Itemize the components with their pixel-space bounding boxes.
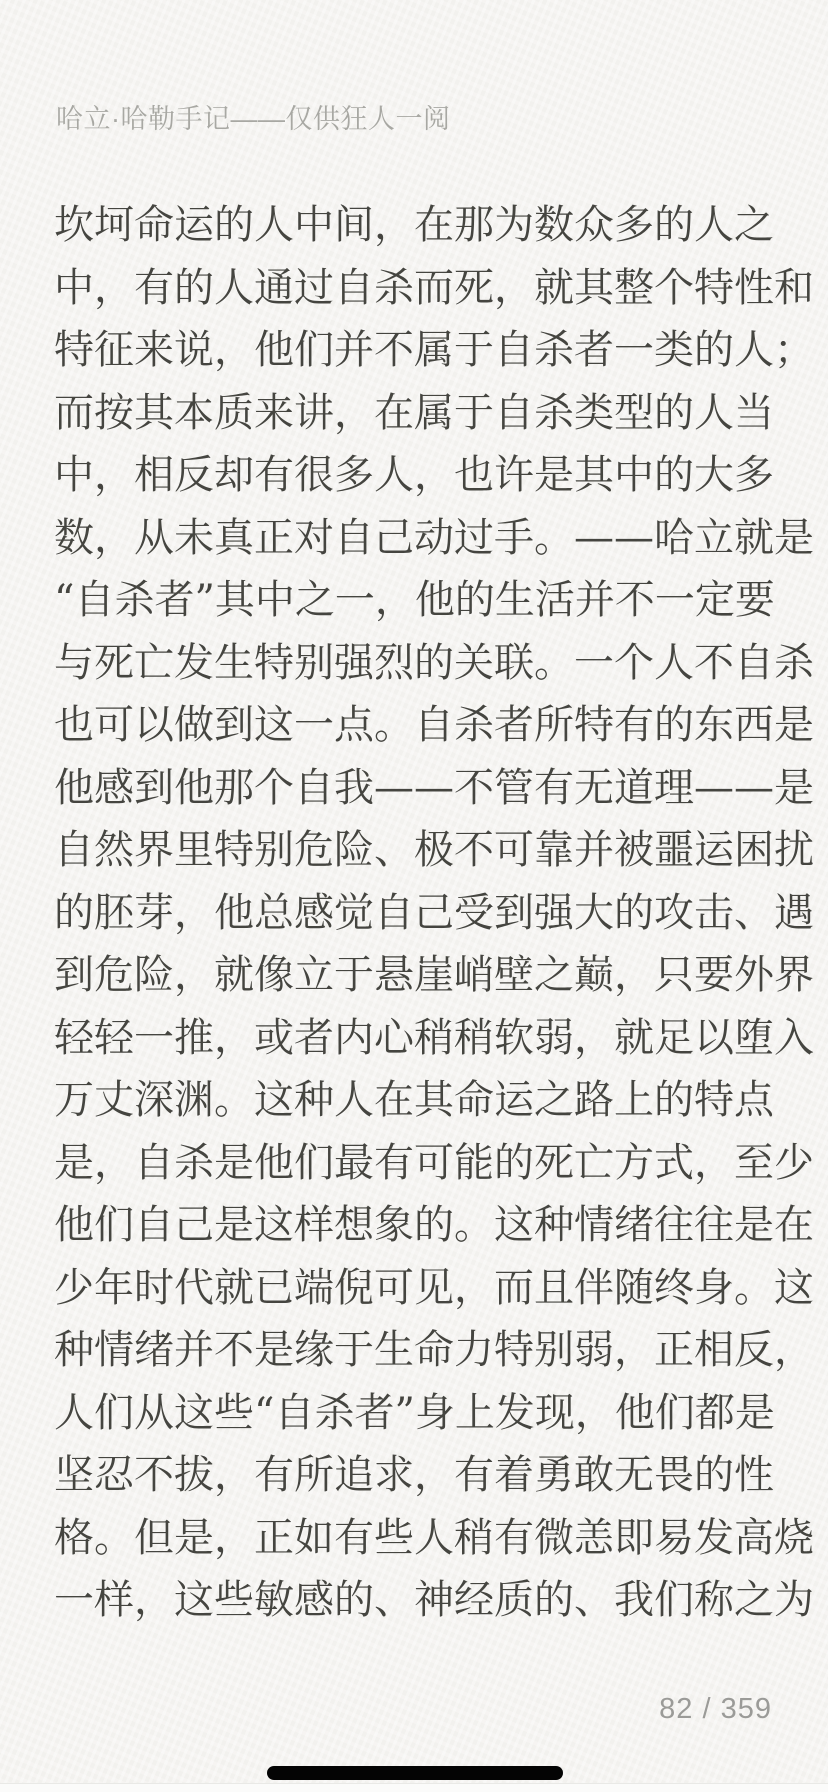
text-line: 坚忍不拔，有所追求，有着勇敢无畏的性 [54, 1444, 774, 1507]
text-line: 他感到他那个自我——不管有无道理——是 [54, 757, 774, 820]
text-line: 他们自己是这样想象的。这种情绪往往是在 [54, 1194, 774, 1257]
text-line: 与死亡发生特别强烈的关联。一个人不自杀 [54, 632, 774, 695]
reading-page-tap-area[interactable]: 坎坷命运的人中间，在那为数众多的人之中，有的人通过自杀而死，就其整个特性和特征来… [54, 194, 774, 1632]
text-line: 格。但是，正如有些人稍有微恙即易发高烧 [54, 1507, 774, 1570]
text-line: 而按其本质来讲，在属于自杀类型的人当 [54, 382, 774, 445]
text-line: 是，自杀是他们最有可能的死亡方式，至少 [54, 1132, 774, 1195]
text-line: 特征来说，他们并不属于自杀者一类的人； [54, 319, 774, 382]
chapter-header: 哈立·哈勒手记——仅供狂人一阅 [56, 101, 772, 137]
text-line: 种情绪并不是缘于生命力特别弱，正相反， [54, 1319, 774, 1382]
text-line: 一样，这些敏感的、神经质的、我们称之为 [54, 1569, 774, 1632]
ereader-screen: { "reader": { "chapter_header": "哈立·哈勒手记… [0, 0, 828, 1792]
text-line: “自杀者”其中之一，他的生活并不一定要 [54, 569, 774, 632]
text-line: 坎坷命运的人中间，在那为数众多的人之 [54, 194, 774, 257]
text-line: 的胚芽，他总感觉自己受到强大的攻击、遇 [54, 882, 774, 945]
text-line: 万丈深渊。这种人在其命运之路上的特点 [54, 1069, 774, 1132]
home-indicator-bar[interactable] [267, 1766, 563, 1780]
text-line: 到危险，就像立于悬崖峭壁之巅，只要外界 [54, 944, 774, 1007]
text-line: 也可以做到这一点。自杀者所特有的东西是 [54, 694, 774, 757]
text-line: 自然界里特别危险、极不可靠并被噩运困扰 [54, 819, 774, 882]
text-line: 少年时代就已端倪可见，而且伴随终身。这 [54, 1257, 774, 1320]
text-line: 中，相反却有很多人，也许是其中的大多 [54, 444, 774, 507]
text-line: 轻轻一推，或者内心稍稍软弱，就足以堕入 [54, 1007, 774, 1070]
page-indicator: 82 / 359 [659, 1692, 772, 1726]
text-line: 人们从这些“自杀者”身上发现，他们都是 [54, 1382, 774, 1445]
text-line: 数，从未真正对自己动过手。——哈立就是 [54, 507, 774, 570]
text-line: 中，有的人通过自杀而死，就其整个特性和 [54, 257, 774, 320]
screen-bottom-edge [0, 1783, 828, 1792]
